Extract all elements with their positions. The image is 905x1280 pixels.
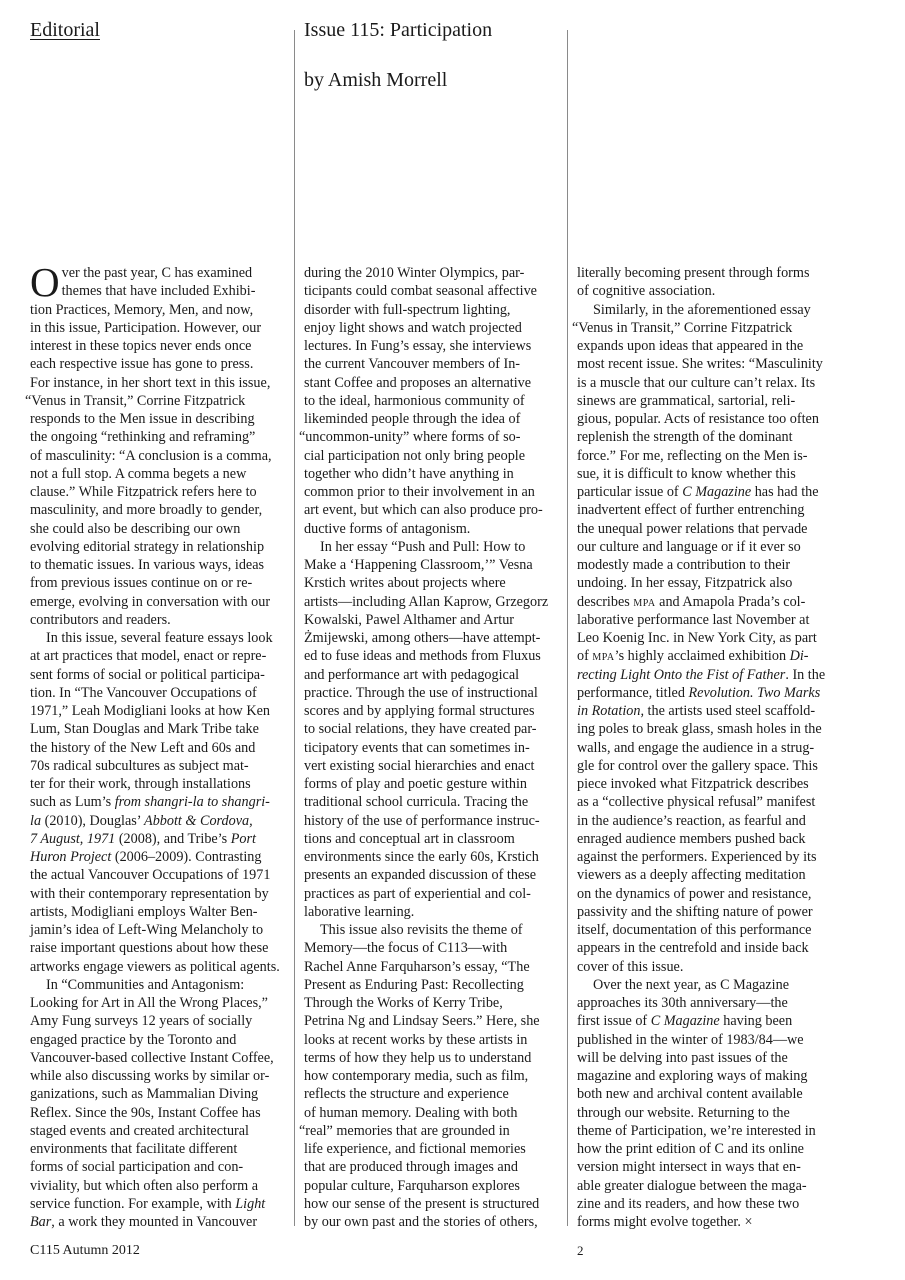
text-line: how our sense of the present is structur… [304,1195,566,1213]
text-line: on the dynamics of power and resistance, [577,885,839,903]
text-line: artists, Modigliani employs Walter Ben- [30,903,292,921]
text-run: of [577,648,592,664]
text-line: she could also be describing our own [30,520,292,538]
text-run: and Amapola Prada’s col- [656,594,806,610]
text-line: ganizations, such as Mammalian Diving [30,1085,292,1103]
text-line: most recent issue. She writes: “Masculin… [577,355,839,373]
text-line: of human memory. Dealing with both [304,1104,566,1122]
footer-issue-label: C115 Autumn 2012 [30,1243,140,1259]
text-line: presents an expanded discussion of these [304,866,566,884]
text-line: that are produced through images and [304,1158,566,1176]
text-line: passivity and the shifting nature of pow… [577,903,839,921]
text-line: of cognitive association. [577,282,839,300]
text-line: the actual Vancouver Occupations of 1971 [30,866,292,884]
text-line: artists—including Allan Kaprow, Grzegorz [304,593,566,611]
text-run: , a work they mounted in Vancouver [51,1214,257,1230]
text-line: and performance art with pedagogical [304,666,566,684]
text-line: by our own past and the stories of other… [304,1213,566,1231]
byline: by Amish Morrell [304,69,447,92]
text-line: performance, titled Revolution. Two Mark… [577,684,839,702]
text-line: forms might evolve together. × [577,1213,839,1231]
text-line: tions and conceptual art in classroom [304,830,566,848]
text-line: emerge, evolving in conversation with ou… [30,593,292,611]
text-line: raise important questions about how thes… [30,939,292,957]
text-line: la (2010), Douglas’ Abbott & Cordova, [30,812,292,830]
text-line: as a “collective physical refusal” manif… [577,793,839,811]
column-rule-left [294,30,295,1226]
text-line: to social relations, they have created p… [304,720,566,738]
text-line: clause.” While Fitzpatrick refers here t… [30,483,292,501]
text-line: scores and by applying formal structures [304,702,566,720]
text-line: zine and its readers, and how these two [577,1195,839,1213]
text-line: together who didn’t have anything in [304,465,566,483]
text-line: evolving editorial strategy in relations… [30,538,292,556]
text-line: In her essay “Push and Pull: How to [304,538,566,556]
text-line: Amy Fung surveys 12 years of socially [30,1012,292,1030]
text-line: published in the winter of 1983/84—we [577,1031,839,1049]
text-line: Present as Enduring Past: Recollecting [304,976,566,994]
text-line: “real” memories that are grounded in [299,1122,566,1140]
italic-title: Di- [790,648,809,664]
text-line: Żmijewski, among others—have attempt- [304,629,566,647]
text-line: forms of social participation and con- [30,1158,292,1176]
text-line: Vancouver-based collective Instant Coffe… [30,1049,292,1067]
text-line: ductive forms of antagonism. [304,520,566,538]
text-line: environments that facilitate different [30,1140,292,1158]
italic-title: Huron Project [30,849,111,865]
text-run: performance, titled [577,685,688,701]
text-line: engaged practice by the Toronto and [30,1031,292,1049]
text-line: laborative performance last November at [577,611,839,629]
text-run: describes [577,594,633,610]
text-line: practice. Through the use of instruction… [304,684,566,702]
text-line: recting Light Onto the Fist of Father. I… [577,666,839,684]
text-line: tion. In “The Vancouver Occupations of [30,684,292,702]
text-line: sue, it is difficult to know whether thi… [577,465,839,483]
text-run: ’s highly acclaimed exhibition [615,648,790,664]
text-line: of masculinity: “A conclusion is a comma… [30,447,292,465]
text-line: viewers as a deeply affecting meditation [577,866,839,884]
text-line: Bar, a work they mounted in Vancouver [30,1213,292,1231]
text-line: This issue also revisits the theme of [304,921,566,939]
text-line: in the audience’s reaction, as fearful a… [577,812,839,830]
text-line: 7 August, 1971 (2008), and Tribe’s Port [30,830,292,848]
text-line: to the ideal, harmonious community of [304,392,566,410]
text-line: sent forms of social or political partic… [30,666,292,684]
section-label: Editorial [30,19,100,42]
issue-title: Issue 115: Participation [304,19,492,42]
text-line: history of the use of performance instru… [304,812,566,830]
text-line: forms of play and poetic gesture within [304,775,566,793]
text-line: gious, popular. Acts of resistance too o… [577,410,839,428]
text-line: how the print edition of C and its onlin… [577,1140,839,1158]
text-line: Lum, Stan Douglas and Mark Tribe take [30,720,292,738]
text-run: the artists used steel scaffold- [644,703,815,719]
text-line: undoing. In her essay, Fitzpatrick also [577,574,839,592]
text-line: disorder with full-spectrum lighting, [304,301,566,319]
text-line: the history of the New Left and 60s and [30,739,292,757]
text-line: Reflex. Since the 90s, Instant Coffee ha… [30,1104,292,1122]
text-column-right: literally becoming present through forms… [577,264,839,1231]
text-line: cial participation not only bring people [304,447,566,465]
text-run: . In the [785,667,825,683]
text-column-middle: during the 2010 Winter Olympics, par-tic… [304,264,566,1231]
text-line: describes MPA and Amapola Prada’s col- [577,593,839,611]
italic-title: recting Light Onto the Fist of Father [577,667,785,683]
text-line: likeminded people through the idea of [304,410,566,428]
text-line: magazine and exploring ways of making [577,1067,839,1085]
text-line: viviality, but which often also perform … [30,1177,292,1195]
text-line: In “Communities and Antagonism: [30,976,292,994]
text-line: life experience, and fictional memories [304,1140,566,1158]
text-line: version might intersect in ways that en- [577,1158,839,1176]
text-line: service function. For example, with Ligh… [30,1195,292,1213]
text-line: common prior to their involvement in an [304,483,566,501]
text-line: interest in these topics never ends once [30,337,292,355]
text-line: laborative learning. [304,903,566,921]
italic-title: from shangri-la to shangri- [115,794,270,810]
text-line: artworks engage viewers as political age… [30,958,292,976]
text-line: approaches its 30th anniversary—the [577,994,839,1012]
text-line: lectures. In Fung’s essay, she interview… [304,337,566,355]
text-line: “Venus in Transit,” Corrine Fitzpatrick [572,319,839,337]
italic-title: C Magazine [651,1013,720,1029]
text-line: “Venus in Transit,” Corrine Fitzpatrick [25,392,292,410]
text-line: replenish the strength of the dominant [577,428,839,446]
text-line: In this issue, several feature essays lo… [30,629,292,647]
text-line: will be delving into past issues of the [577,1049,839,1067]
text-line: cover of this issue. [577,958,839,976]
text-line: sinews are grammatical, sartorial, reli- [577,392,839,410]
text-line: ter for their work, through installation… [30,775,292,793]
text-line: looks at recent works by these artists i… [304,1031,566,1049]
text-line: particular issue of C Magazine has had t… [577,483,839,501]
text-line: practices as part of experiential and co… [304,885,566,903]
text-line: literally becoming present through forms [577,264,839,282]
text-run: (2008), and Tribe’s [115,831,230,847]
text-line: jamin’s idea of Left-Wing Melancholy to [30,921,292,939]
text-line: vert existing social hierarchies and ena… [304,757,566,775]
text-line: ing poles to break glass, smash holes in… [577,720,839,738]
text-line: ticipants could combat seasonal affectiv… [304,282,566,300]
italic-title: la [30,813,41,829]
text-line: responds to the Men issue in describing [30,410,292,428]
text-line: through our website. Returning to the [577,1104,839,1122]
text-line: during the 2010 Winter Olympics, par- [304,264,566,282]
text-line: itself, documentation of this performanc… [577,921,839,939]
italic-title: in Rotation, [577,703,644,719]
text-line: to thematic issues. In various ways, ide… [30,556,292,574]
text-line: in this issue, Participation. However, o… [30,319,292,337]
text-line: the unequal power relations that pervade [577,520,839,538]
text-line: with their contemporary representation b… [30,885,292,903]
text-line: 1971,” Leah Modigliani looks at how Ken [30,702,292,720]
text-line: For instance, in her short text in this … [30,374,292,392]
text-line: the current Vancouver members of In- [304,355,566,373]
text-run: has had the [751,484,818,500]
text-line: Looking for Art in All the Wrong Places,… [30,994,292,1012]
italic-title: Abbott & Cordova, [144,813,253,829]
text-line: how contemporary media, such as film, [304,1067,566,1085]
text-column-left: O ver the past year, C has examined them… [30,264,292,1231]
text-run: such as Lum’s [30,794,115,810]
text-line: while also discussing works by similar o… [30,1067,292,1085]
text-line: walls, and engage the audience in a stru… [577,739,839,757]
italic-title: C Magazine [682,484,751,500]
acronym: MPA [592,648,614,664]
text-line: first issue of C Magazine having been [577,1012,839,1030]
text-line: against the performers. Experienced by i… [577,848,839,866]
text-line: Huron Project (2006–2009). Contrasting [30,848,292,866]
page-number: 2 [577,1243,584,1259]
text-line: ed to fuse ideas and methods from Fluxus [304,647,566,665]
italic-title: Light [235,1196,265,1212]
text-run: service function. For example, with [30,1196,235,1212]
text-line: from previous issues continue on or re- [30,574,292,592]
text-line: inadvertent effect of further entrenchin… [577,501,839,519]
text-line: 70s radical subcultures as subject mat- [30,757,292,775]
text-run: (2006–2009). Contrasting [111,849,261,865]
italic-title: Revolution. Two Marks [688,685,820,701]
text-line: force.” For me, reflecting on the Men is… [577,447,839,465]
text-line: reflects the structure and experience [304,1085,566,1103]
text-line: enjoy light shows and watch projected [304,319,566,337]
text-line: of MPA’s highly acclaimed exhibition Di- [577,647,839,665]
text-line: is a muscle that our culture can’t relax… [577,374,839,392]
text-line: Kowalski, Pawel Althamer and Artur [304,611,566,629]
text-run: having been [720,1013,793,1029]
text-line: not a full stop. A comma begets a new [30,465,292,483]
text-line: Petrina Ng and Lindsay Seers.” Here, she [304,1012,566,1030]
text-line: art event, but which can also produce pr… [304,501,566,519]
text-line: Make a ‘Happening Classroom,’” Vesna [304,556,566,574]
text-line: Over the next year, as C Magazine [577,976,839,994]
text-line: environments since the early 60s, Krstic… [304,848,566,866]
italic-title: 7 August, 1971 [30,831,115,847]
column-rule-right [567,30,568,1226]
text-line: traditional school curricula. Tracing th… [304,793,566,811]
text-line: contributors and readers. [30,611,292,629]
text-line: themes that have included Exhibi- [30,282,292,300]
text-line: both new and archival content available [577,1085,839,1103]
text-line: appears in the centrefold and inside bac… [577,939,839,957]
text-line: Rachel Anne Farquharson’s essay, “The [304,958,566,976]
text-line: stant Coffee and proposes an alternative [304,374,566,392]
text-line: our culture and language or if it ever s… [577,538,839,556]
italic-title: Port [231,831,256,847]
text-line: able greater dialogue between the maga- [577,1177,839,1195]
text-line: gle for control over the gallery space. … [577,757,839,775]
text-line: tion Practices, Memory, Men, and now, [30,301,292,319]
drop-cap: O [30,266,60,300]
text-line: in Rotation, the artists used steel scaf… [577,702,839,720]
text-run: (2010), Douglas’ [41,813,144,829]
text-line: theme of Participation, we’re interested… [577,1122,839,1140]
text-line: at art practices that model, enact or re… [30,647,292,665]
text-line: “uncommon-unity” where forms of so- [299,428,566,446]
text-line: expands upon ideas that appeared in the [577,337,839,355]
text-line: modestly made a contribution to their [577,556,839,574]
text-line: masculinity, and more broadly to gender, [30,501,292,519]
text-line: terms of how they help us to understand [304,1049,566,1067]
text-line: piece invoked what Fitzpatrick describes [577,775,839,793]
text-line: Memory—the focus of C113—with [304,939,566,957]
text-line: Similarly, in the aforementioned essay [577,301,839,319]
italic-title: Bar [30,1214,51,1230]
text-line: staged events and created architectural [30,1122,292,1140]
text-line: each respective issue has gone to press. [30,355,292,373]
text-line: the ongoing “rethinking and reframing” [30,428,292,446]
text-line: Through the Works of Kerry Tribe, [304,994,566,1012]
text-run: particular issue of [577,484,682,500]
acronym: MPA [633,594,655,610]
text-line: enraged audience members pushed back [577,830,839,848]
text-line: popular culture, Farquharson explores [304,1177,566,1195]
text-line: ticipatory events that can sometimes in- [304,739,566,757]
text-line: such as Lum’s from shangri-la to shangri… [30,793,292,811]
text-line: ver the past year, C has examined [30,264,292,282]
text-line: Leo Koenig Inc. in New York City, as par… [577,629,839,647]
text-run: first issue of [577,1013,651,1029]
text-line: Krstich writes about projects where [304,574,566,592]
